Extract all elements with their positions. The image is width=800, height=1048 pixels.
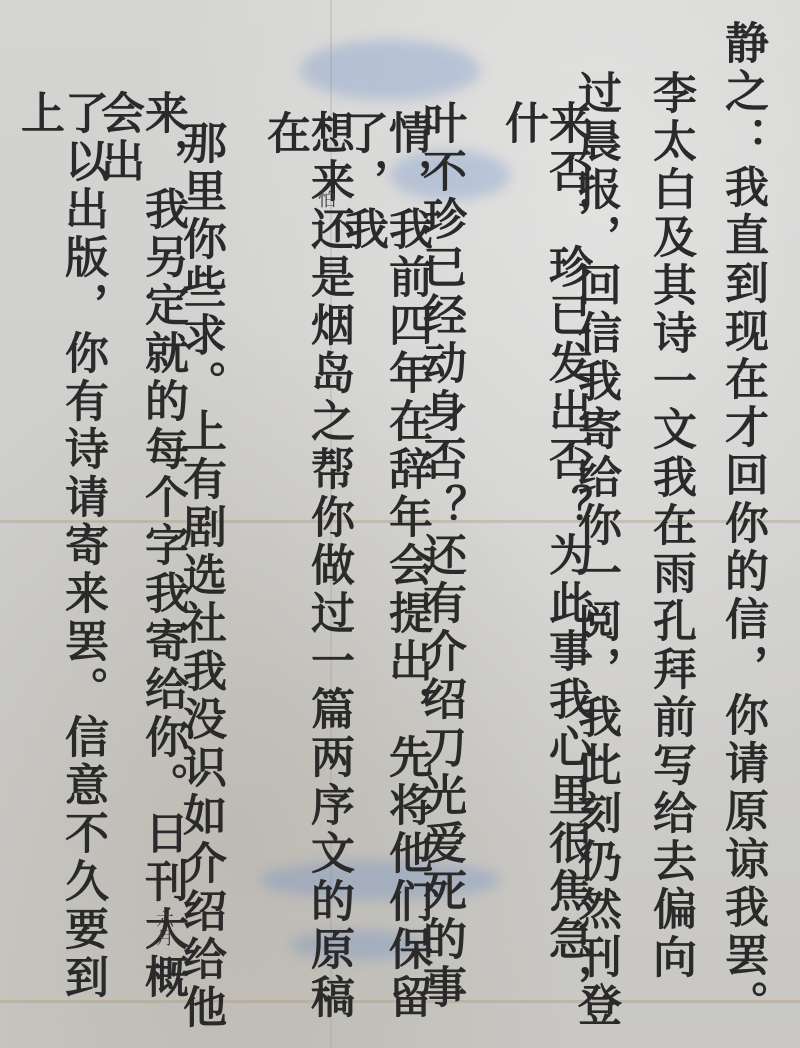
letter-column-4: 来否，珍已发出否？为此事我心里很焦急，什: [500, 100, 588, 1048]
letter-column-9: 来，我另定就的每个字我寄给你。日刊大概会出: [96, 90, 184, 1048]
letter-column-2: 李太白及其诗一文我在雨孔拜前写给去偏向: [648, 70, 692, 982]
letter-column-10: 了以出版，你有诗请寄来罢。信意不久要到上: [16, 90, 104, 1048]
ink-bleed-smudge: [300, 40, 480, 100]
letter-column-7: 想来还是烟岛之帮你做过一篇两序文的原稿在: [262, 110, 350, 1048]
interlinear-note: 六月: [150, 910, 176, 946]
interlinear-note: 怕: [312, 190, 338, 208]
letter-paper: 静之：我直到现在才回你的信，你请原谅我罢。 李太白及其诗一文我在雨孔拜前写给去偏…: [0, 0, 800, 1048]
letter-column-1: 静之：我直到现在才回你的信，你请原谅我罢。: [720, 20, 764, 1028]
